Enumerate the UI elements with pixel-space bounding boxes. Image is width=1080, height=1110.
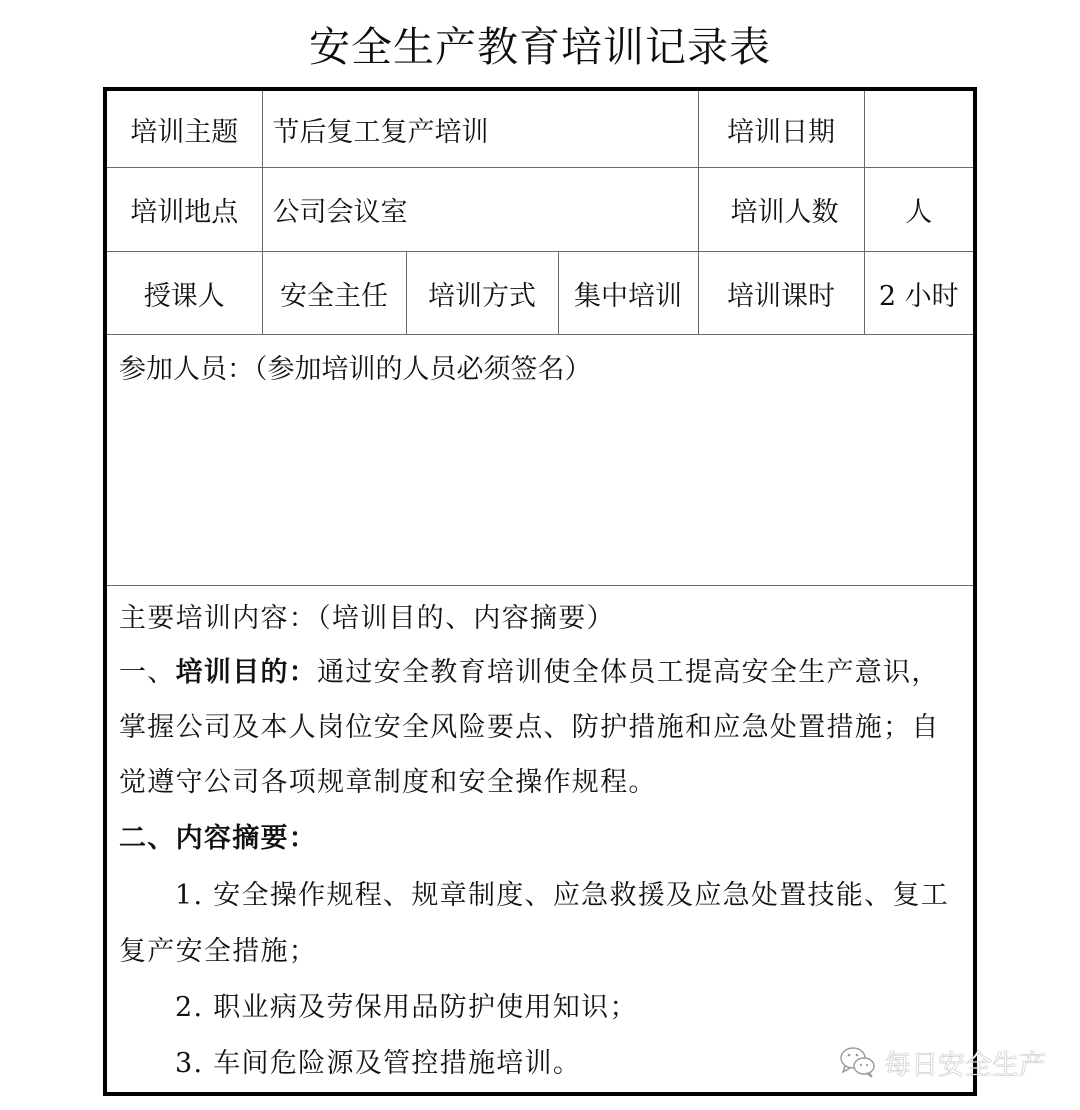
wechat-icon	[838, 1045, 878, 1079]
location-label: 培训地点	[107, 168, 262, 252]
summary-item-3: 3. 车间危险源及管控措施培训。	[175, 1041, 581, 1080]
summary-item-1-line-1: 1. 安全操作规程、规章制度、应急救援及应急处置技能、复工	[175, 873, 949, 912]
instructor-label: 授课人	[107, 252, 262, 335]
instructor-value[interactable]: 安全主任	[262, 252, 406, 335]
participants-label: 参加人员：（参加培训的人员必须签名）	[119, 347, 592, 386]
purpose-label: 培训目的：	[176, 657, 318, 688]
purpose-line-1: 一、培训目的：通过安全教育培训使全体员工提高安全生产意识，	[119, 650, 940, 689]
topic-label: 培训主题	[107, 91, 262, 168]
purpose-line-2: 掌握公司及本人岗位安全风险要点、防护措施和应急处置措施；自	[119, 705, 940, 744]
location-value[interactable]: 公司会议室	[262, 168, 698, 252]
date-value[interactable]	[864, 91, 973, 168]
summary-label: 内容摘要：	[176, 823, 318, 854]
topic-value[interactable]: 节后复工复产培训	[262, 91, 698, 168]
summary-item-1-line-2: 复产安全措施；	[119, 929, 317, 968]
document-title: 安全生产教育培训记录表	[0, 14, 1080, 73]
table-row: 培训主题 节后复工复产培训 培训日期	[107, 91, 973, 168]
hours-label: 培训课时	[698, 252, 864, 335]
info-table: 培训主题 节后复工复产培训 培训日期 培训地点 公司会议室 培训人数 人 授课人…	[107, 91, 973, 335]
summary-prefix: 二、	[119, 823, 176, 854]
date-label: 培训日期	[698, 91, 864, 168]
count-label: 培训人数	[698, 168, 864, 252]
table-row: 授课人 安全主任 培训方式 集中培训 培训课时 2 小时	[107, 252, 973, 335]
purpose-prefix: 一、	[119, 657, 176, 688]
method-label: 培训方式	[406, 252, 558, 335]
method-value[interactable]: 集中培训	[558, 252, 698, 335]
content-heading: 主要培训内容：（培训目的、内容摘要）	[119, 596, 615, 635]
hours-value[interactable]: 2 小时	[864, 252, 973, 335]
count-value[interactable]: 人	[864, 168, 973, 252]
summary-item-2: 2. 职业病及劳保用品防护使用知识；	[175, 985, 638, 1024]
watermark-text: 每日安全生产	[884, 1043, 1046, 1082]
watermark: 每日安全生产	[838, 1042, 1046, 1082]
training-record-sheet: 培训主题 节后复工复产培训 培训日期 培训地点 公司会议室 培训人数 人 授课人…	[103, 87, 977, 1096]
table-row: 培训地点 公司会议室 培训人数 人	[107, 168, 973, 252]
purpose-line-3: 觉遵守公司各项规章制度和安全操作规程。	[119, 760, 657, 799]
summary-heading: 二、内容摘要：	[119, 816, 317, 855]
participants-section[interactable]: 参加人员：（参加培训的人员必须签名）	[107, 335, 973, 586]
purpose-text: 通过安全教育培训使全体员工提高安全生产意识，	[317, 657, 940, 688]
training-content-section: 主要培训内容：（培训目的、内容摘要） 一、培训目的：通过安全教育培训使全体员工提…	[107, 586, 973, 1092]
